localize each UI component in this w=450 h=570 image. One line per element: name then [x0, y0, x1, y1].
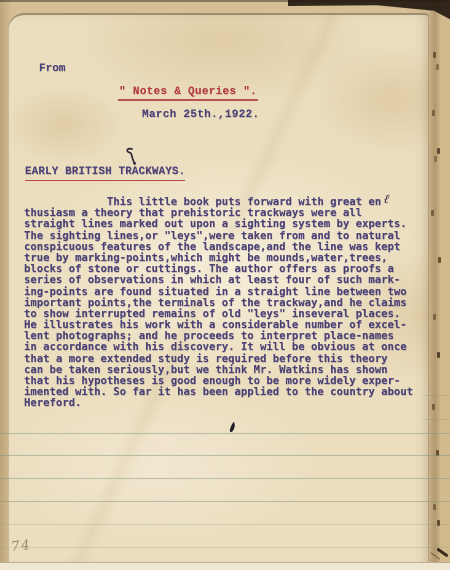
- source-title: " Notes & Queries ".: [118, 86, 258, 101]
- ruled-line: [0, 455, 450, 456]
- ruled-line: [0, 524, 450, 525]
- binding-torn-paper-specks: [433, 52, 436, 58]
- pen-squiggle-icon: [122, 147, 138, 167]
- ruled-line: [0, 433, 450, 434]
- article-heading: EARLY BRITISH TRACKWAYS.: [25, 166, 185, 181]
- page-number: 74: [10, 537, 32, 555]
- date-line: March 25th.,1922.: [142, 109, 259, 121]
- ruled-line-stub: [423, 419, 450, 420]
- ruled-line-stub: [423, 395, 450, 396]
- album-binding-strip: [428, 0, 450, 570]
- photo-bottom-edge: [0, 562, 450, 570]
- scanned-album-page: From " Notes & Queries ". March 25th.,19…: [0, 0, 450, 570]
- ruled-line: [0, 478, 450, 479]
- body-text: This little book puts forward with great…: [24, 197, 413, 410]
- ruled-line: [0, 501, 450, 502]
- ruled-line: [0, 547, 450, 548]
- from-label: From: [39, 63, 65, 75]
